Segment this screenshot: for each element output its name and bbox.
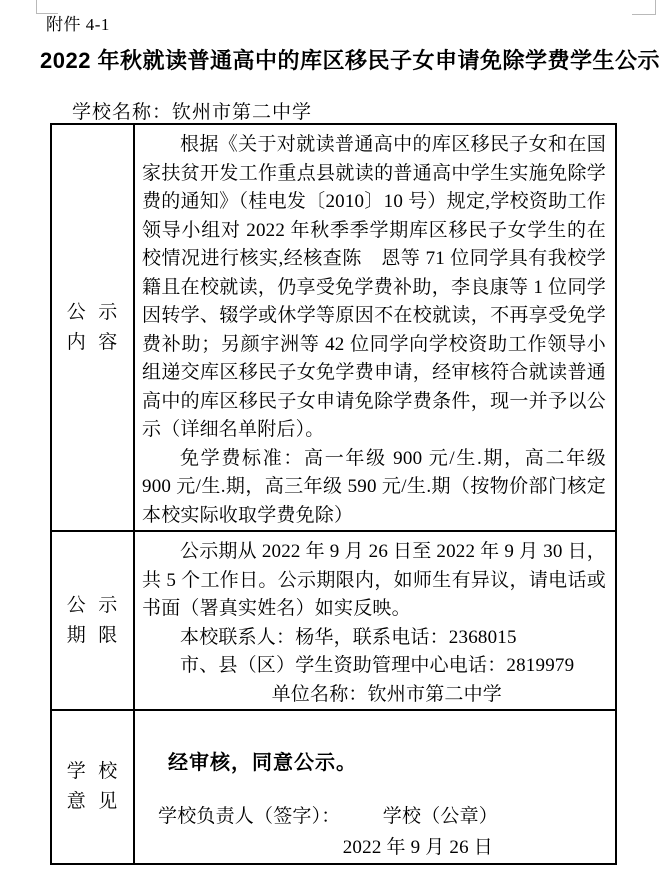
notice-content-paragraph-1: 根据《关于对就读普通高中的库区移民子女和在国家扶贫开发工作重点县就读的普通高中学… [142,131,606,445]
page-title: 2022 年秋就读普通高中的库区移民子女申请免除学费学生公示 [40,44,583,75]
notice-table: 公 示 内 容 根据《关于对就读普通高中的库区移民子女和在国家扶贫开发工作重点县… [50,123,617,865]
seal-label: 学校（公章） [383,803,606,832]
signer-label: 学校负责人（签字）： [158,803,341,832]
row-label-line: 内 容 [53,328,132,358]
notice-period-paragraph: 公示期从 2022 年 9 月 26 日至 2022 年 9 月 30 日，共 … [142,538,606,624]
signature-row: 学校负责人（签字）： 学校（公章） [142,803,606,832]
row-label-line: 公 示 [53,591,132,621]
row-label-school-opinion: 学 校 意 见 [51,710,134,864]
page-margin-corner-mark-right [632,0,656,15]
notice-content-paragraph-2: 免学费标准：高一年级 900 元/生.期，高二年级 900 元/生.期，高三年级… [142,445,606,531]
approval-statement: 经审核，同意公示。 [168,749,606,778]
school-name-line: 学校名称：钦州市第二中学 [72,97,312,124]
aid-center-contact-line: 市、县（区）学生资助管理中心电话：2819979 [142,652,606,681]
notice-period-row: 公 示 期 限 公示期从 2022 年 9 月 26 日至 2022 年 9 月… [51,531,616,710]
opinion-date: 2022 年 9 月 26 日 [142,834,606,863]
row-label-line: 学 校 [53,757,132,787]
row-label-notice-content: 公 示 内 容 [51,124,134,531]
row-label-line: 期 限 [53,621,132,651]
notice-content-cell: 根据《关于对就读普通高中的库区移民子女和在国家扶贫开发工作重点县就读的普通高中学… [134,124,616,531]
row-label-line: 公 示 [53,298,132,328]
row-label-line: 意 见 [53,787,132,817]
attachment-label: 附件 4-1 [46,10,110,35]
notice-period-cell: 公示期从 2022 年 9 月 26 日至 2022 年 9 月 30 日，共 … [134,531,616,710]
notice-content-row: 公 示 内 容 根据《关于对就读普通高中的库区移民子女和在国家扶贫开发工作重点县… [51,124,616,531]
school-opinion-cell: 经审核，同意公示。 学校负责人（签字）： 学校（公章） 2022 年 9 月 2… [134,710,616,864]
unit-name-line: 单位名称：钦州市第二中学 [142,681,606,710]
school-contact-line: 本校联系人：杨华，联系电话：2368015 [142,624,606,653]
row-label-notice-period: 公 示 期 限 [51,531,134,710]
school-opinion-row: 学 校 意 见 经审核，同意公示。 学校负责人（签字）： 学校（公章） 2022… [51,710,616,864]
